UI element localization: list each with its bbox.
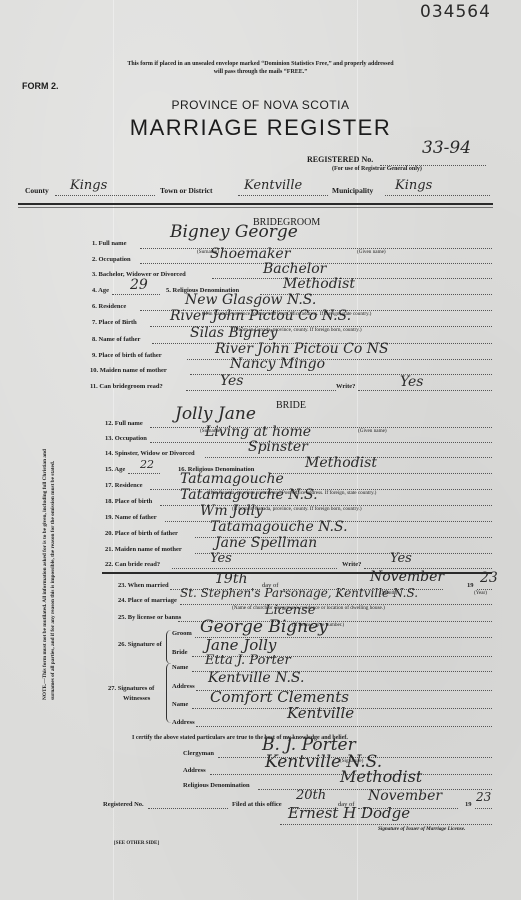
- see-other-side: [SEE OTHER SIDE]: [114, 841, 159, 846]
- bride-father-label: 19. Name of father: [105, 514, 157, 521]
- groom-signature[interactable]: George Bigney: [200, 617, 328, 637]
- filed-day-value: 20th: [296, 788, 326, 803]
- marriage-month-value: November: [370, 569, 444, 585]
- bride-sign-label: Bride: [172, 649, 188, 656]
- bride-age-value: 22: [140, 458, 154, 471]
- groom-father-birthplace-value: River John Pictou Co NS: [215, 341, 389, 357]
- postal-note-line1: This form if placed in an unsealed envel…: [0, 61, 521, 67]
- when-married-label: 23. When married: [118, 582, 169, 589]
- bride-full-name-value: Jolly Jane: [175, 404, 256, 424]
- side-note-line1: NOTE.—This form must not be mutilated. A…: [42, 449, 48, 700]
- bride-birthplace-label: 18. Place of birth: [105, 498, 152, 505]
- county-value: Kings: [70, 178, 107, 193]
- bride-occupation-value: Living at home: [205, 424, 311, 440]
- groom-residence-label: 6. Residence: [92, 303, 126, 310]
- bride-status-value: Spinster: [248, 439, 308, 455]
- bride-heading: BRIDE: [276, 400, 306, 411]
- issuer-signature[interactable]: Ernest H Dodge: [288, 804, 410, 822]
- bride-mother-value: Jane Spellman: [215, 535, 317, 551]
- filing-registered-no-label: Registered No.: [103, 801, 144, 808]
- groom-read-value: Yes: [220, 373, 244, 389]
- filed-label: Filed at this office: [232, 801, 282, 808]
- groom-age-value: 29: [130, 277, 148, 293]
- clergy-religion-label: Religious Denomination: [183, 782, 250, 789]
- witness1-name-label: Name: [172, 664, 188, 671]
- bride-given-hint: (Given name): [358, 428, 387, 434]
- groom-full-name-value: Bigney George: [170, 222, 298, 242]
- registered-no-value: 33-94: [422, 138, 471, 158]
- groom-birthplace-value: River John Pictou Co N.S.: [170, 308, 351, 324]
- groom-father-value: Silas Bigney: [190, 325, 277, 341]
- groom-father-label: 8. Name of father: [92, 336, 140, 343]
- place-of-marriage-value: St. Stephen's Parsonage, Kentville N.S.: [180, 586, 418, 600]
- divider: [18, 207, 493, 208]
- witness1-name[interactable]: Etta J. Porter: [205, 653, 291, 668]
- groom-full-name-label: 1. Full name: [92, 240, 127, 247]
- witness2-address-label: Address: [172, 719, 195, 726]
- clergyman-label: Clergyman: [183, 750, 214, 757]
- bride-read-value: Yes: [210, 551, 232, 566]
- divider: [18, 203, 493, 205]
- bracket: [166, 630, 171, 664]
- bride-residence-value: Tatamagouche: [180, 471, 284, 487]
- groom-father-birthplace-label: 9. Place of birth of father: [92, 352, 162, 359]
- groom-sign-label: Groom: [172, 630, 192, 637]
- witness1-address-label: Address: [172, 683, 195, 690]
- license-label: 25. By license or banns: [118, 614, 181, 621]
- bride-occupation-label: 13. Occupation: [105, 435, 147, 442]
- groom-occupation-label: 2. Occupation: [92, 256, 131, 263]
- municipality-value: Kings: [395, 178, 432, 193]
- bride-write-label: Write?: [342, 561, 361, 568]
- bride-father-value: Wm Jolly: [200, 503, 263, 519]
- groom-mother-label: 10. Maiden name of mother: [90, 367, 167, 374]
- groom-residence-value: New Glasgow N.S.: [185, 292, 316, 308]
- province-heading: PROVINCE OF NOVA SCOTIA: [0, 98, 521, 112]
- groom-religion-value: Methodist: [283, 276, 355, 292]
- bride-write-value: Yes: [390, 551, 412, 566]
- groom-status-value: Bachelor: [263, 261, 326, 277]
- filed-year-prefix: 19: [465, 801, 472, 808]
- year-prefix: 19: [467, 582, 474, 589]
- witness2-address[interactable]: Kentville: [287, 704, 354, 722]
- town-value: Kentville: [244, 178, 302, 193]
- year-hint: (Year): [474, 590, 487, 596]
- bracket: [166, 663, 171, 723]
- clergy-religion-value: Methodist: [340, 767, 422, 786]
- registrar-note: (For use of Registrar General only): [332, 166, 422, 172]
- postal-note-line2: will pass through the mails “FREE.”: [0, 69, 521, 75]
- filed-month-value: November: [368, 788, 442, 804]
- bride-father-birthplace-value: Tatamagouche N.S.: [210, 519, 348, 535]
- bride-signature[interactable]: Jane Jolly: [205, 636, 276, 654]
- bride-full-name-label: 12. Full name: [105, 420, 143, 427]
- bride-father-birthplace-label: 20. Place of birth of father: [105, 530, 178, 537]
- witnesses-label-line2: Witnesses: [123, 695, 150, 702]
- groom-mother-value: Nancy Mingo: [230, 356, 325, 372]
- place-of-marriage-label: 24. Place of marriage: [118, 597, 177, 604]
- groom-age-label: 4. Age: [92, 287, 109, 294]
- county-label: County: [25, 186, 49, 195]
- bride-status-label: 14. Spinster, Widow or Divorced: [105, 450, 195, 457]
- marriage-day-value: 19th: [215, 571, 247, 587]
- town-label: Town or District: [160, 186, 213, 195]
- marriage-year-value: 23: [480, 570, 498, 586]
- filed-year-value: 23: [476, 790, 491, 804]
- bride-residence-label: 17. Residence: [105, 482, 143, 489]
- side-note-line2: surnames of all parties, and if for any …: [50, 461, 56, 700]
- bride-read-label: 22. Can bride read?: [105, 561, 160, 568]
- bride-age-label: 15. Age: [105, 466, 125, 473]
- groom-birthplace-label: 7. Place of Birth: [92, 319, 137, 326]
- groom-occupation-value: Shoemaker: [210, 246, 290, 262]
- bride-birthplace-value: Tatamagouche N.S.: [180, 487, 318, 503]
- groom-write-value: Yes: [400, 374, 424, 390]
- stamp-number: 034564: [420, 2, 491, 22]
- clergy-address-label: Address: [183, 767, 206, 774]
- groom-write-label: Write?: [336, 383, 355, 390]
- witnesses-label-line1: 27. Signatures of: [108, 685, 154, 692]
- municipality-label: Municipality: [332, 186, 373, 195]
- bride-mother-label: 21. Maiden name of mother: [105, 546, 182, 553]
- document-page: 034564 This form if placed in an unseale…: [0, 0, 521, 900]
- groom-given-hint: (Given name): [357, 249, 386, 255]
- license-value: License: [265, 603, 316, 618]
- bride-religion-value: Methodist: [305, 455, 377, 471]
- groom-read-label: 11. Can bridegroom read?: [90, 383, 163, 390]
- form-number: FORM 2.: [22, 81, 59, 91]
- signature-of-label: 26. Signature of: [118, 641, 162, 648]
- issuer-hint: Signature of Issuer of Marriage License.: [378, 826, 465, 832]
- witness1-address[interactable]: Kentville N.S.: [208, 670, 304, 686]
- witness2-name-label: Name: [172, 701, 188, 708]
- registered-no-label: REGISTERED No.: [307, 155, 373, 164]
